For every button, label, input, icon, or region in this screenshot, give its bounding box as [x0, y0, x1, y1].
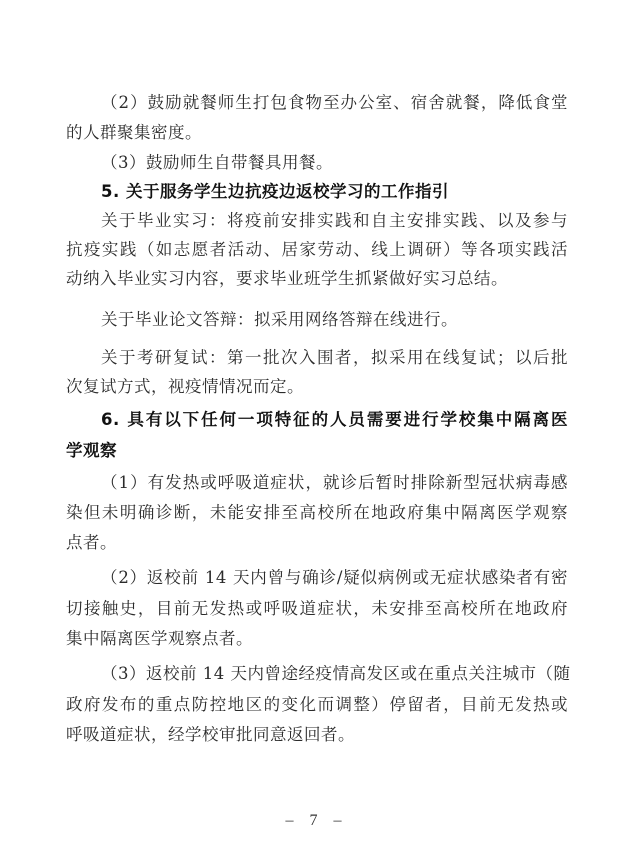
paragraph-line: 政府发布的重点防控地区的变化而调整）停留者，目前无发热或: [66, 690, 568, 720]
paragraph-line: 的人群聚集密度。: [66, 118, 568, 148]
paragraph-line: 关于毕业论文答辩：拟采用网络答辩在线进行。: [101, 305, 568, 335]
paragraph-line: 集中隔离医学观察点者。: [66, 624, 568, 654]
document-page: （2）鼓励就餐师生打包食物至办公室、宿舍就餐，降低食堂的人群聚集密度。（3）鼓励…: [0, 0, 633, 858]
paragraph-line: 染但未明确诊断，未能安排至高校所在地政府集中隔离医学观察: [66, 498, 568, 528]
paragraph-line: （1）有发热或呼吸道症状，就诊后暂时排除新型冠状病毒感: [101, 468, 568, 498]
paragraph-line: 呼吸道症状，经学校审批同意返回者。: [66, 720, 568, 750]
paragraph-line: 动纳入毕业实习内容，要求毕业班学生抓紧做好实习总结。: [66, 264, 568, 294]
paragraph-line: （3）返校前 14 天内曾途经疫情高发区或在重点关注城市（随: [101, 659, 568, 689]
paragraph-line: （3）鼓励师生自带餐具用餐。: [101, 148, 568, 178]
paragraph-line: 点者。: [66, 528, 568, 558]
paragraph-line: 次复试方式，视疫情情况而定。: [66, 372, 568, 402]
paragraph-line: 切接触史，目前无发热或呼吸道症状，未安排至高校所在地政府: [66, 594, 568, 624]
page-number: – 7 –: [0, 812, 633, 830]
section-heading-line: 学观察: [66, 436, 568, 466]
paragraph-line: 关于考研复试：第一批次入围者，拟采用在线复试；以后批: [101, 343, 568, 373]
paragraph-line: 抗疫实践（如志愿者活动、居家劳动、线上调研）等各项实践活: [66, 235, 568, 265]
paragraph-line: （2）返校前 14 天内曾与确诊/疑似病例或无症状感染者有密: [101, 563, 568, 593]
paragraph-line: （2）鼓励就餐师生打包食物至办公室、宿舍就餐，降低食堂: [101, 88, 568, 118]
section-heading-line: 6. 具有以下任何一项特征的人员需要进行学校集中隔离医: [101, 405, 568, 435]
section-heading-line: 5. 关于服务学生边抗疫边返校学习的工作指引: [101, 177, 568, 207]
paragraph-line: 关于毕业实习：将疫前安排实践和自主安排实践、以及参与: [101, 206, 568, 236]
